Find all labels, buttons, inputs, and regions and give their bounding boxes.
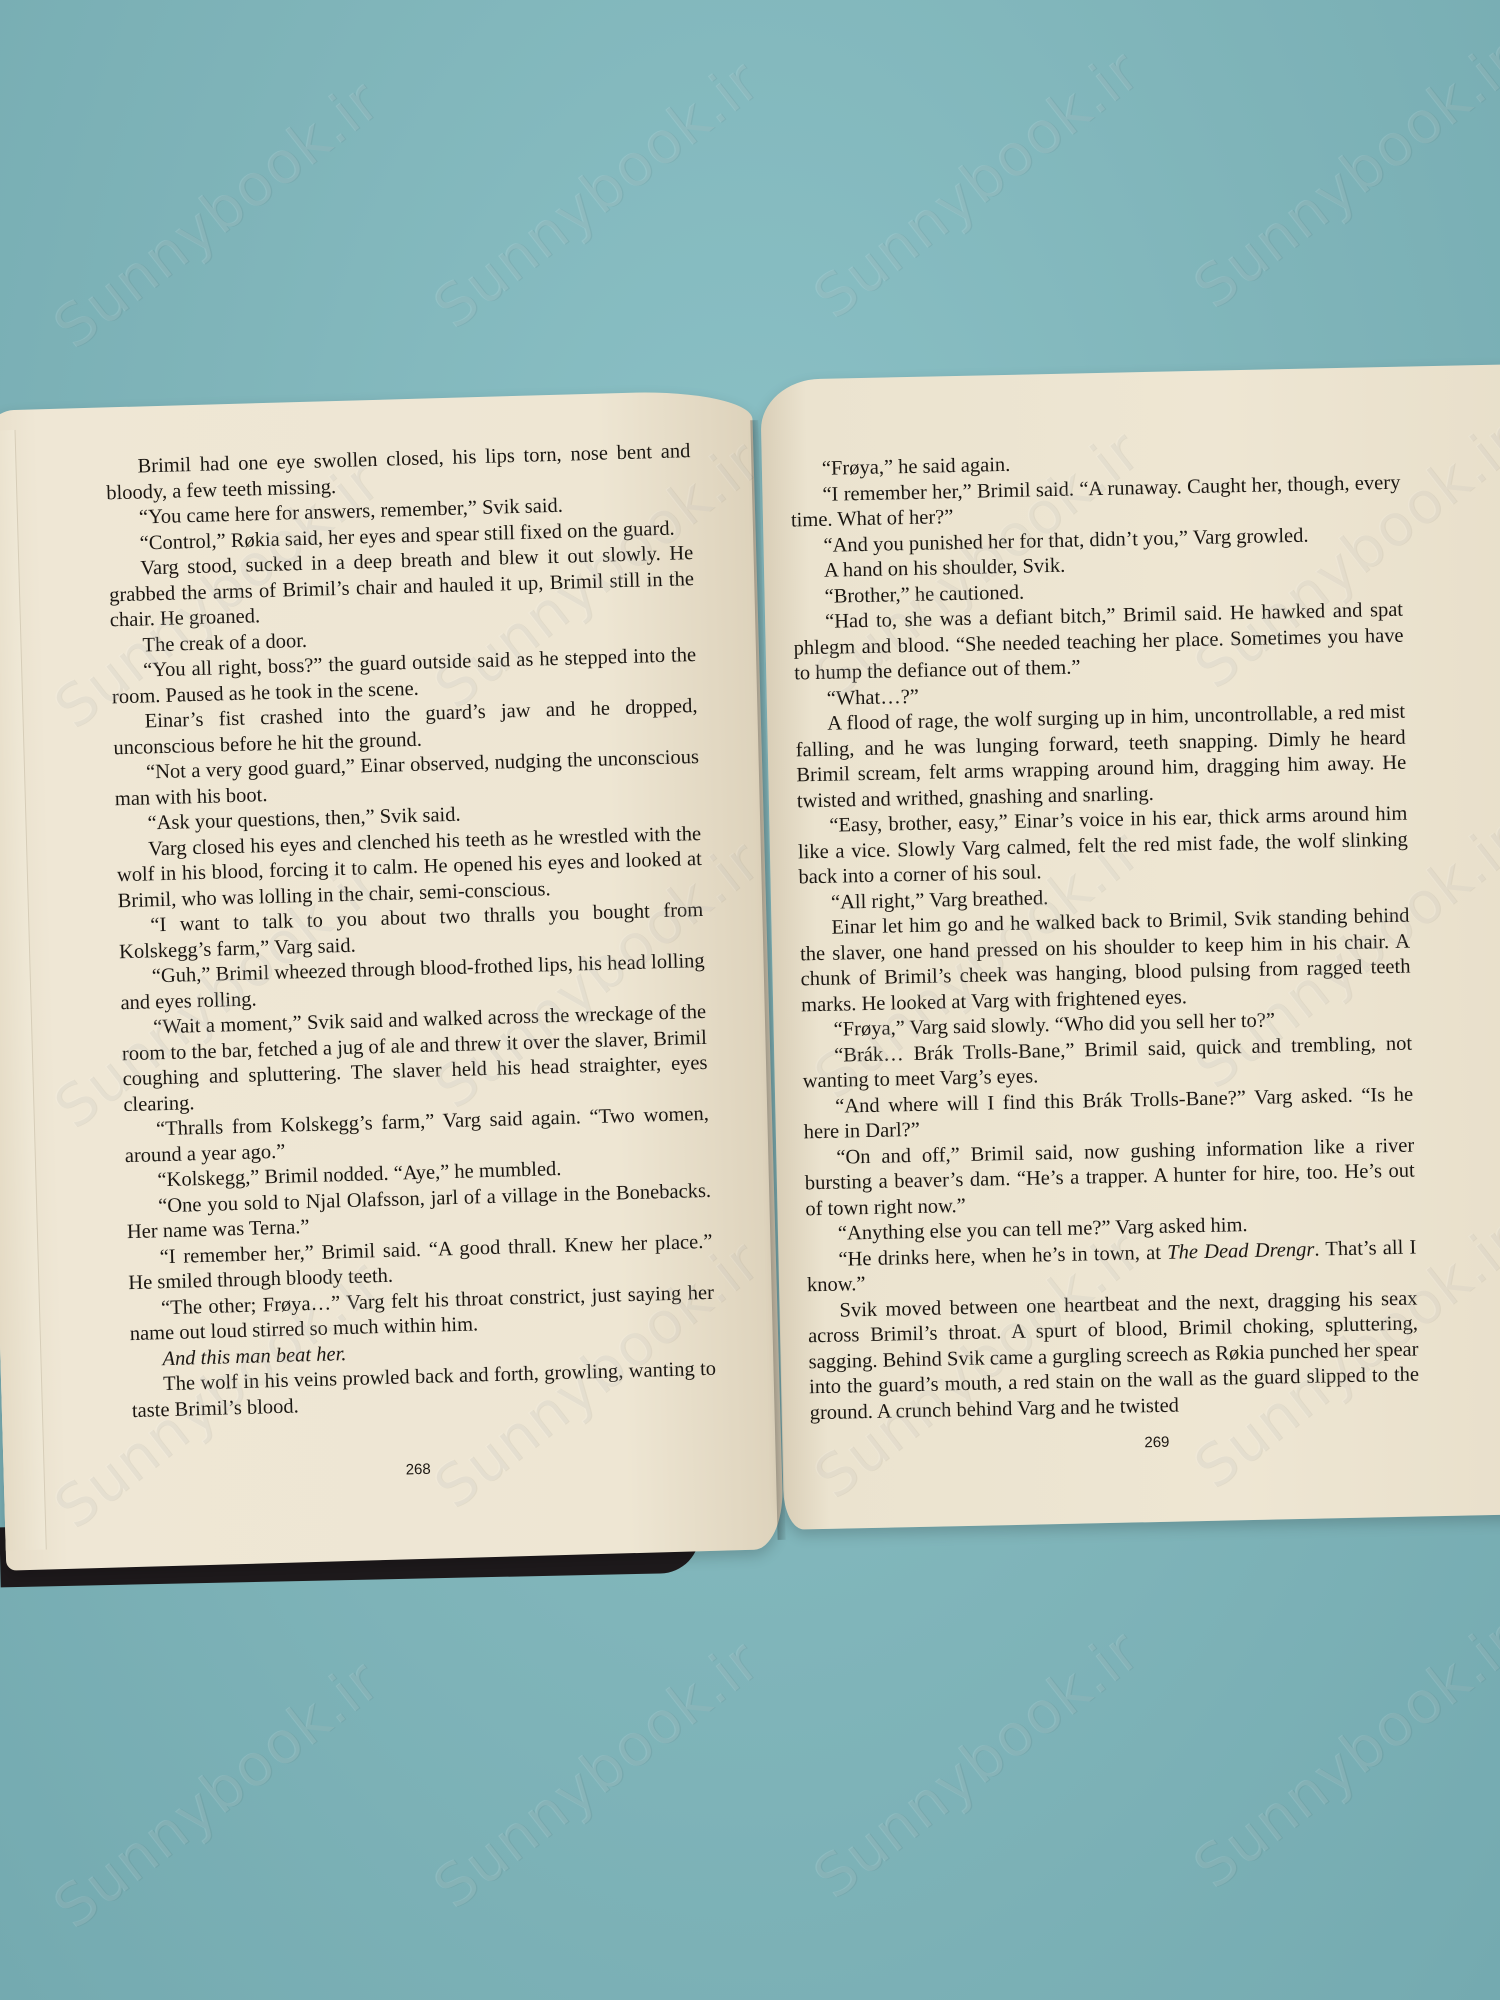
watermark: Sunnybook.ir <box>1181 1606 1500 1902</box>
paragraph: “Wait a moment,” Svik said and walked ac… <box>121 1000 709 1118</box>
watermark: Sunnybook.ir <box>801 36 1153 332</box>
paragraph: Svik moved between one heartbeat and the… <box>807 1286 1420 1426</box>
left-page: Brimil had one eye swollen closed, his l… <box>0 389 784 1570</box>
paragraph: A flood of rage, the wolf surging up in … <box>795 700 1407 815</box>
paragraph: Einar let him go and he walked back to B… <box>799 904 1411 1019</box>
watermark: Sunnybook.ir <box>41 66 393 362</box>
text-span: “He drinks here, when he’s in town, at <box>838 1241 1167 1270</box>
paragraph: “Had to, she was a defiant bitch,” Brimi… <box>793 598 1404 687</box>
paragraph: “On and off,” Brimil said, now gushing i… <box>804 1133 1415 1222</box>
right-page-text: “Frøya,” he said again. “I remember her,… <box>790 445 1420 1427</box>
watermark: Sunnybook.ir <box>41 1646 393 1942</box>
watermark: Sunnybook.ir <box>801 1616 1153 1912</box>
paragraph: “Easy, brother, easy,” Einar’s voice in … <box>797 802 1408 891</box>
page-number-right: 269 <box>1144 1434 1169 1452</box>
watermark: Sunnybook.ir <box>421 1626 773 1922</box>
tavern-name: The Dead Drengr <box>1167 1238 1315 1263</box>
watermark: Sunnybook.ir <box>421 46 773 342</box>
watermark: Sunnybook.ir <box>1181 26 1500 322</box>
right-page: “Frøya,” he said again. “I remember her,… <box>760 364 1500 1530</box>
page-stack-edge <box>0 430 47 1551</box>
page-number-left: 268 <box>405 1461 430 1479</box>
left-page-text: Brimil had one eye swollen closed, his l… <box>105 439 717 1424</box>
